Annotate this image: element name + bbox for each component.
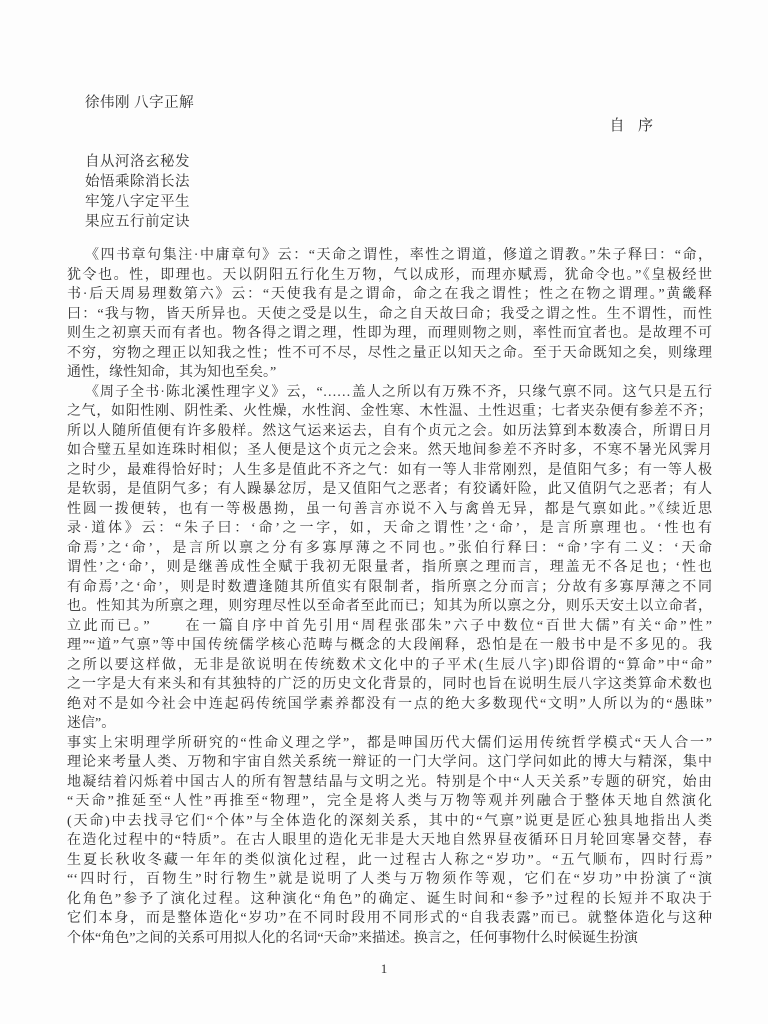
- text-line: 谓性’之‘命’，则是继善成性全赋于我初无限量者，指所禀之理而言，理盖无不各足也；…: [67, 558, 712, 578]
- text-line: 迷信”。: [67, 714, 712, 734]
- text-line: 它们本身，而是整体造化“岁功”在不同时段用不同形式的“自我表露”而已。就整体造化…: [67, 909, 712, 929]
- text-line: 化角色”参予了演化过程。这种演化“角色”的确定、诞生时间和“参予”过程的长短并不…: [67, 890, 712, 910]
- text-line: 书·后天周易理数第六》云：“天使我有是之谓命，命之在我之谓性；性之在物之谓理。”…: [67, 285, 712, 305]
- text-line: 则生之初禀天而有者也。物各得之谓之理，性即为理，而理则物之则，率性而宜者也。是故…: [67, 324, 712, 344]
- text-line: 理”“道”气禀”等中国传统儒学核心范畴与概念的大段阐释，恐怕是在一般书中是不多见…: [67, 636, 712, 656]
- text-line: 所以人随所值便有许多般样。然这气运来运去，自有个贞元之会。如历法算到本数凑合，所…: [67, 422, 712, 442]
- text-line: 也。性知其为所禀之理，则穷理尽性以至命者至此而已；知其为所以禀之分，则乐天安土以…: [67, 597, 712, 617]
- text-line: 有命焉’之‘命’，则是时数遭逢随其所值实有限制者，指所禀之分而言；分故有多寡厚薄…: [67, 578, 712, 598]
- text-line: 事实上宋明理学所研究的“性命义理之学”，都是呻国历代大儒们运用传统哲学模式“天人…: [67, 734, 712, 754]
- text-line: 如合璧五星如连珠时相似；圣人便是这个贞元之会来。然天地间参差不齐时多，不寒不暑光…: [67, 441, 712, 461]
- text-line: 理论来考量人类、万物和宇宙自然关系统一辩证的一门大学问。这门学问如此的博大与精深…: [67, 753, 712, 773]
- section-title: 自 序: [67, 116, 655, 136]
- text-line: 通性，缘性知命，其为知也至矣。”: [67, 363, 712, 383]
- text-line: 命焉’之‘命’，是言所以禀之分有多寡厚薄之不同也。”张伯行释曰：“命’字有二义：…: [67, 539, 712, 559]
- poem-line: 果应五行前定诀: [67, 212, 712, 232]
- page-number: 1: [0, 960, 768, 978]
- poem-line: 自从河洛玄秘发: [67, 152, 712, 172]
- text-line: 之气，如阳性刚、阴性柔、火性燥，水性润、金性寒、木性温、土性迟重；七者夹杂便有参…: [67, 402, 712, 422]
- text-line: 不穷，穷物之理正以知我之性；性不可不尽，尽性之量正以知天之命。至于天命既知之矣，…: [67, 344, 712, 364]
- body-text: 《四书章句集注·中庸章句》云：“天命之谓性，率性之谓道，修道之谓教。”朱子释曰：…: [67, 246, 712, 948]
- text-line: 生夏长秋收冬藏一年年的类似演化过程，此一过程古人称之“岁功”。“五气顺布，四时行…: [67, 851, 712, 871]
- text-line: 立此而已。” 在一篇自序中首先引用“周程张邵朱”六子中数位“百世大儒”有关“命”…: [67, 617, 712, 637]
- text-line: 曰：“我与物，皆天所异也。天使之受是以生，命之自天故曰命；我受之谓之性。生不谓性…: [67, 305, 712, 325]
- text-line: (天命)中去找寻它们“个体”与全体造化的深刻关系，其中的“气禀”说更是匠心独具地…: [67, 812, 712, 832]
- text-line: “天命”推延至“人性”再推至“物理”，完全是将人类与万物等观并列融合于整体天地自…: [67, 792, 712, 812]
- text-line: 之时少，最难得恰好时；人生多是值此不齐之气：如有一等人非常刚烈，是值阳气多；有一…: [67, 461, 712, 481]
- opening-poem: 自从河洛玄秘发始悟乘除消长法牢笼八字定平生果应五行前定诀: [67, 152, 712, 232]
- text-line: 之一字是大有来头和有其独特的广泛的历史文化背景的，同时也旨在说明生辰八字这类算命…: [67, 675, 712, 695]
- text-line: 个体“角色”之间的关系可用拟人化的名词“天命”来描述。换言之，任何事物什么时候诞…: [67, 929, 712, 949]
- text-line: 录·道体》云：“朱子曰：‘命’之一字，如，天命之谓性’之‘命’，是言所禀理也。‘…: [67, 519, 712, 539]
- book-title-header: 徐伟刚 八字正解: [67, 93, 712, 113]
- text-line: 地凝结着闪烁着中国古人的所有智慧结晶与文明之光。特别是个中“人天关系”专题的研究…: [67, 773, 712, 793]
- text-line: 绝对不是如今社会中连起码传统国学素养都没有一点的绝大多数现代“文明”人所以为的“…: [67, 695, 712, 715]
- text-line: 是软弱，是值阴气多；有人躁暴忿厉，是又值阳气之恶者；有狡谲奸险，此又值阴气之恶者…: [67, 480, 712, 500]
- text-line: 《四书章句集注·中庸章句》云：“天命之谓性，率性之谓道，修道之谓教。”朱子释曰：…: [67, 246, 712, 266]
- text-line: 《周子全书·陈北溪性理字义》云，“……盖人之所以有万殊不齐，只缘气禀不同。这气只…: [67, 383, 712, 403]
- text-line: 在造化过程中的“特质”。在古人眼里的造化无非是大天地自然界昼夜循环日月轮回寒暑交…: [67, 831, 712, 851]
- text-line: 性圆一拨便转，也有一等极愚拗，虽一句善言亦说不入与禽兽无异，都是气禀如此。”《续…: [67, 500, 712, 520]
- poem-line: 牢笼八字定平生: [67, 192, 712, 212]
- text-line: 之所以要这样做，无非是欲说明在传统数术文化中的子平术(生辰八字)即俗谓的“算命”…: [67, 656, 712, 676]
- text-line: 犹令也。性，即理也。天以阴阳五行化生万物，气以成形，而理亦赋焉，犹命令也。”《皇…: [67, 266, 712, 286]
- document-page: 徐伟刚 八字正解 自 序 自从河洛玄秘发始悟乘除消长法牢笼八字定平生果应五行前定…: [0, 0, 768, 1024]
- poem-line: 始悟乘除消长法: [67, 172, 712, 192]
- text-line: “‘四时行，百物生”时行物生”就是说明了人类与万物须作等观，它们在“岁功”中扮演…: [67, 870, 712, 890]
